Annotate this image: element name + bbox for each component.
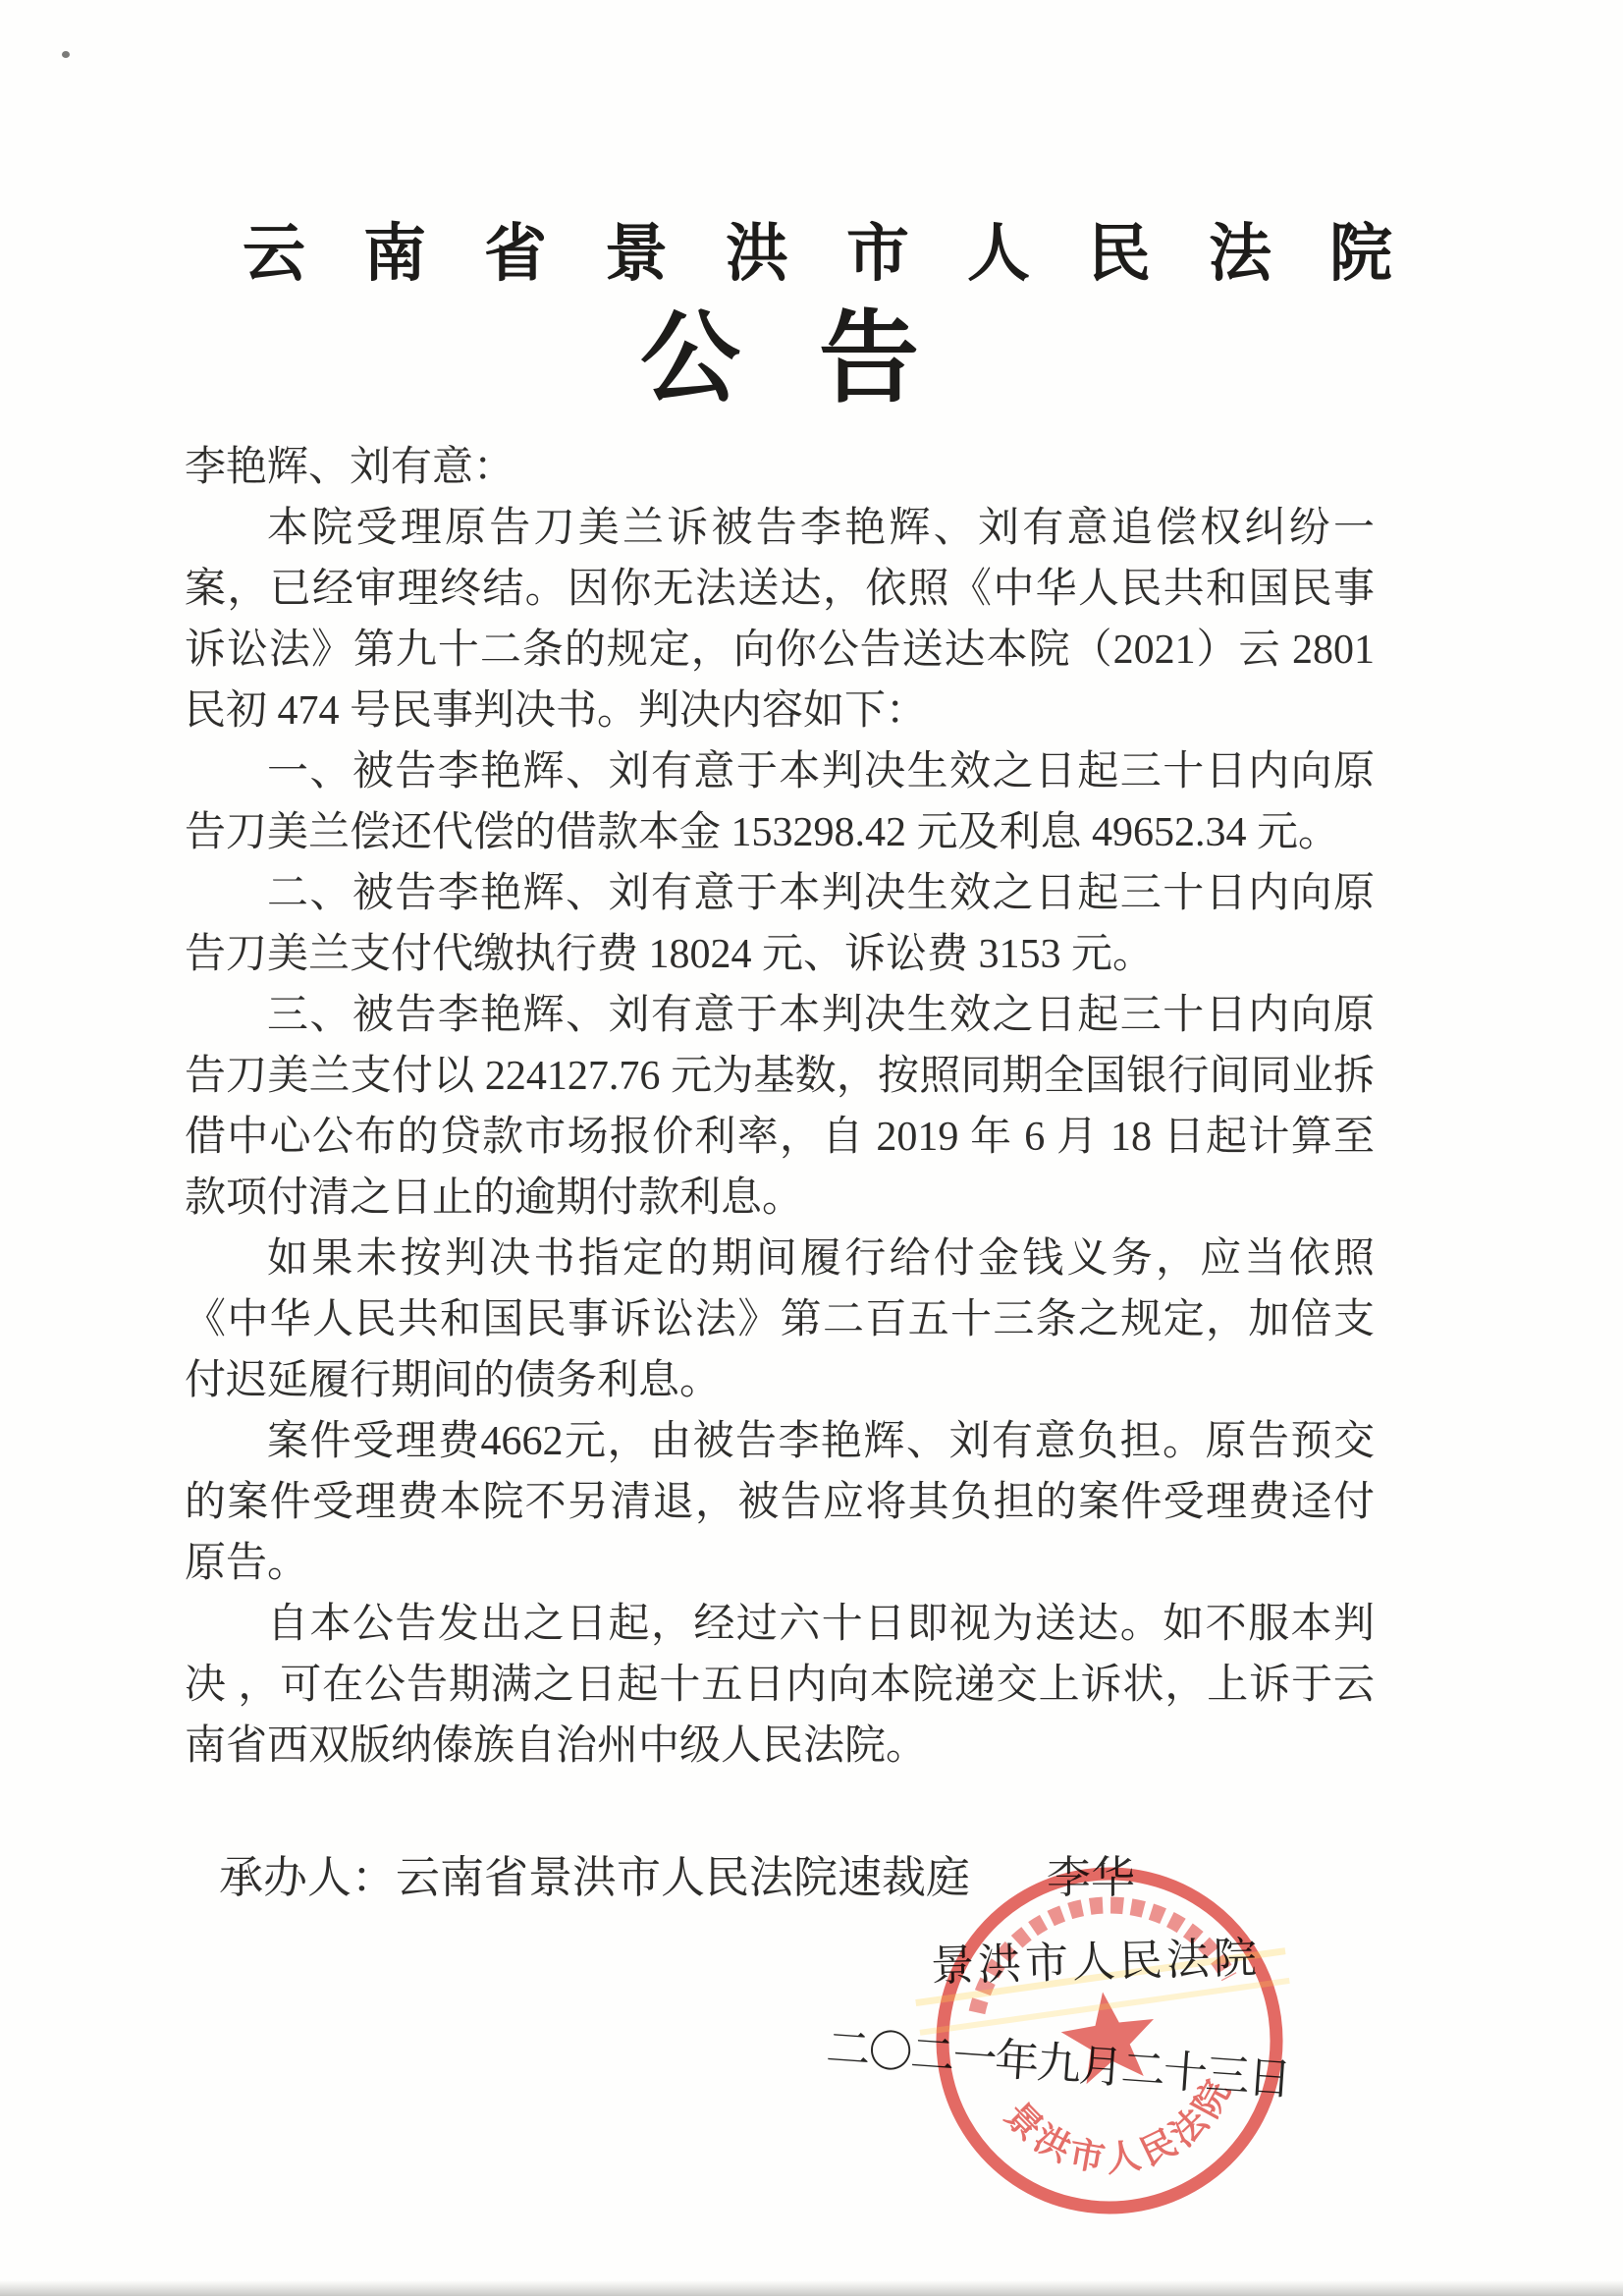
- paragraph-case-fee: 案件受理费4662元，由被告李艳辉、刘有意负担。原告预交的案件受理费本院不另清退…: [185, 1411, 1375, 1594]
- signature-court-name: 景洪市人民法院: [930, 1922, 1262, 1994]
- paragraph-late-performance: 如果未按判决书指定的期间履行给付金钱义务，应当依照《中华人民共和国民事诉讼法》第…: [185, 1229, 1375, 1411]
- document-content: 云南省景洪市人民法院 公告 李艳辉、刘有意： 本院受理原告刀美兰诉被告李艳辉、刘…: [185, 0, 1375, 1777]
- handler-label: 承办人：云南省景洪市人民法院速裁庭: [219, 1853, 970, 1902]
- salutation: 李艳辉、刘有意：: [185, 437, 1375, 498]
- court-name-title: 云南省景洪市人民法院: [185, 221, 1375, 287]
- scan-speck: [62, 51, 70, 58]
- paragraph-judgment-item-2: 二、被告李艳辉、刘有意于本判决生效之日起三十日内向原告刀美兰支付代缴执行费 18…: [185, 863, 1375, 985]
- handler-name: 李华: [1047, 1853, 1135, 1902]
- signature-date: 二〇二一年九月二十三日: [825, 2011, 1292, 2107]
- paragraph-judgment-item-3: 三、被告李艳辉、刘有意于本判决生效之日起三十日内向原告刀美兰支付以 224127…: [185, 985, 1375, 1229]
- paragraph-service-appeal: 自本公告发出之日起，经过六十日即视为送达。如不服本判决 ，可在公告期满之日起十五…: [185, 1594, 1375, 1777]
- doc-type-title: 公告: [185, 306, 1375, 411]
- scan-bottom-edge: [0, 2280, 1623, 2296]
- document-body: 李艳辉、刘有意： 本院受理原告刀美兰诉被告李艳辉、刘有意追偿权纠纷一案，已经审理…: [185, 437, 1375, 1777]
- paragraph-judgment-item-1: 一、被告李艳辉、刘有意于本判决生效之日起三十日内向原告刀美兰偿还代偿的借款本金 …: [185, 741, 1375, 863]
- paragraph-case-summary: 本院受理原告刀美兰诉被告李艳辉、刘有意追偿权纠纷一案，已经审理终结。因你无法送达…: [185, 498, 1375, 741]
- handler-line: 承办人：云南省景洪市人民法院速裁庭李华: [219, 1847, 1135, 1908]
- court-announcement-page: 云南省景洪市人民法院 公告 李艳辉、刘有意： 本院受理原告刀美兰诉被告李艳辉、刘…: [0, 0, 1623, 2296]
